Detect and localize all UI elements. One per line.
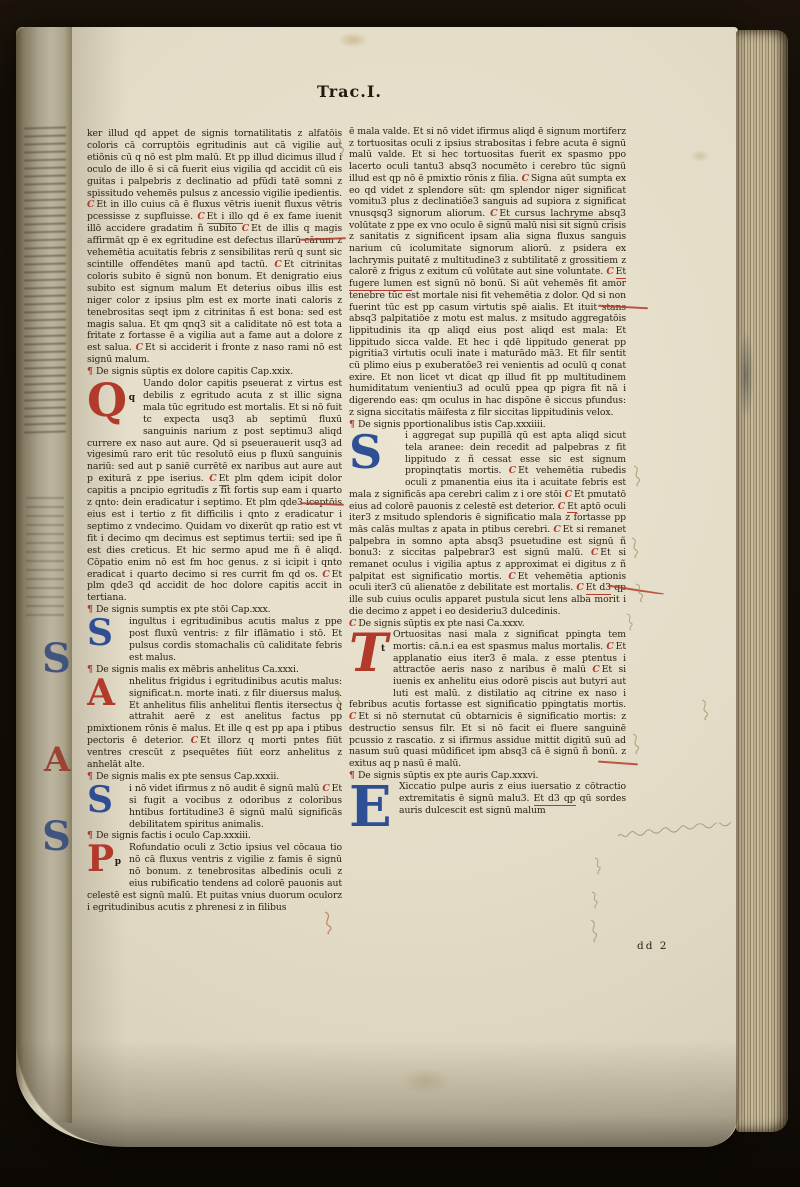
text-run: C [606,266,613,277]
text-run: C [191,735,198,746]
pen-flourish [587,918,601,944]
text-run: C [197,211,204,222]
text-run: Et d3 qp [534,793,576,806]
pen-flourish [592,856,604,876]
drop-cap-initial: S [349,431,401,479]
text-run: C [209,473,216,484]
chapter-heading: ¶ De signis factis i oculo Cap.xxxiii. [87,830,342,842]
initial-letter: A [87,672,115,714]
prev-initial-fragment: S [42,817,71,857]
pen-flourish [332,688,346,712]
text-run: C [592,664,599,675]
previous-leaf-edge: S A S [16,27,72,1123]
pen-flourish [334,136,348,158]
text-run: Et cursus lachryme abs [499,208,614,221]
fore-edge-pages [736,30,788,1132]
paragraph: ē mala valde. Et si nō videt ifirmus ali… [349,126,626,419]
prev-initial-fragment: S [42,639,71,679]
pen-flourish [320,910,336,936]
paragraph: TtOrtuositas nasi mala z significat ppin… [349,629,626,769]
text-run: ker illud qd appet de signis tornatilita… [87,128,342,199]
text-run: Et [219,473,229,486]
previous-leaf-text-lines [24,126,66,437]
initial-letter: S [349,425,382,479]
pen-flourish [628,536,642,560]
chapter-heading: ¶ De signis pportionalibus istis Cap.xxx… [349,419,626,431]
book-photo: S A S Trac.I. ker illud qd appet de sign… [0,0,800,1187]
text-run: C [490,208,497,219]
text-run: Et citrinitas coloris subito ē signū non… [87,259,342,353]
text-run: De signis malis ex mēbris anhelitus Ca.x… [96,664,299,675]
drop-cap-initial: S [87,617,125,654]
initial-letter: S [87,779,113,821]
pen-flourish [589,890,601,910]
pen-flourish [630,464,644,488]
text-run: C [558,501,565,512]
guide-letter: t [381,645,385,653]
drop-cap-initial: S [87,784,125,821]
chapter-heading: ¶ De signis malis ex pte sensus Cap.xxxi… [87,771,342,783]
text-run: De signis sumptis ex pte stōi Cap.xxx. [96,604,271,615]
chapter-heading: ¶ De signis malis ex mēbris anhelitus Ca… [87,664,342,676]
text-run: Et d3 [586,582,611,595]
text-run: C [565,489,572,500]
chapter-heading: ¶ De signis sumptis ex pte stōi Cap.xxx. [87,604,342,616]
text-run: C [242,223,249,234]
initial-letter: Q [87,373,127,427]
guide-letter: q [129,394,135,402]
text-run: i nō videt ifirmus z nō audit ē signū ma… [129,783,322,794]
text-run: De signis factis i oculo Cap.xxxiii. [96,830,251,841]
text-run: C [553,524,560,535]
text-run: De signis pportionalibus istis Cap.xxxii… [358,419,546,430]
quire-signature: dd 2 [637,940,668,952]
paragraph: EXiccatio pulpe auris z eius iuersatio z… [349,781,626,816]
text-run: C [136,342,143,353]
pen-flourish [624,612,636,632]
fore-edge-smudge [738,330,754,420]
text-run: C [87,199,94,210]
paragraph: Singultus i egritudinibus acutis malus z… [87,616,342,664]
chapter-heading: CDe signis sūptis ex pte nasi Ca.xxxv. [349,618,626,630]
previous-leaf-text-lines [26,497,64,617]
initial-letter: S [87,612,113,654]
drop-cap-initial: Tt [349,630,389,690]
drop-cap-initial: E [349,782,395,840]
paragraph: ker illud qd appet de signis tornatilita… [87,128,342,366]
drop-cap-initial: A [87,677,125,714]
text-run: C [522,173,529,184]
text-run: Et si nō sternutat cū obtarnicis ē signi… [349,711,626,769]
text-run: De signis malis ex pte sensus Cap.xxxii. [96,771,279,782]
text-run: C [322,569,329,580]
text-run: C [576,582,583,593]
pen-flourish [629,732,643,756]
drop-cap-initial: Qq [87,379,139,427]
paragraph: PpRofundatio oculi z 3ctio ipsius vel cō… [87,842,342,913]
text-run: ingultus i egritudinibus acutis malus z … [129,616,342,663]
text-run: est signū nō bonū. Si aūt vehemēs fit am… [349,278,626,418]
drop-cap-initial: Pp [87,843,125,880]
guide-letter: p [115,858,121,866]
paragraph: Anhelitus frigidus i egritudinibus acuti… [87,676,342,771]
text-run: plm qdem icipit dolor capitis a pncipio … [87,473,342,579]
text-run: C [509,465,516,476]
text-run: C [508,571,515,582]
paragraph: Si aggregat sup pupillā qū est apta aliq… [349,430,626,617]
text-run: Ortuositas nasi mala z significat ppingt… [393,629,626,652]
initial-letter: P [87,838,114,880]
text-run: C [322,783,329,794]
text-run: C [606,641,613,652]
paragraph: QqUando dolor capitis pseuerat z virtus … [87,378,342,604]
pen-flourish [698,698,712,722]
text-run: C [591,547,598,558]
prev-initial-fragment: A [44,743,70,777]
running-title: Trac.I. [317,82,382,101]
paragraph: Si nō videt ifirmus z nō audit ē signū m… [87,783,342,831]
initial-letter: E [349,774,392,840]
text-run: Et [567,501,577,514]
text-run: Et i illo [207,211,243,224]
text-column-left: ker illud qd appet de signis tornatilita… [87,128,342,971]
text-run: C [274,259,281,270]
text-column-right: ē mala valde. Et si nō videt ifirmus ali… [349,126,626,978]
pen-flourish [633,582,647,604]
text-run: Rofundatio oculi z 3ctio ipsius vel cōca… [87,842,342,913]
text-run: C [349,711,356,722]
